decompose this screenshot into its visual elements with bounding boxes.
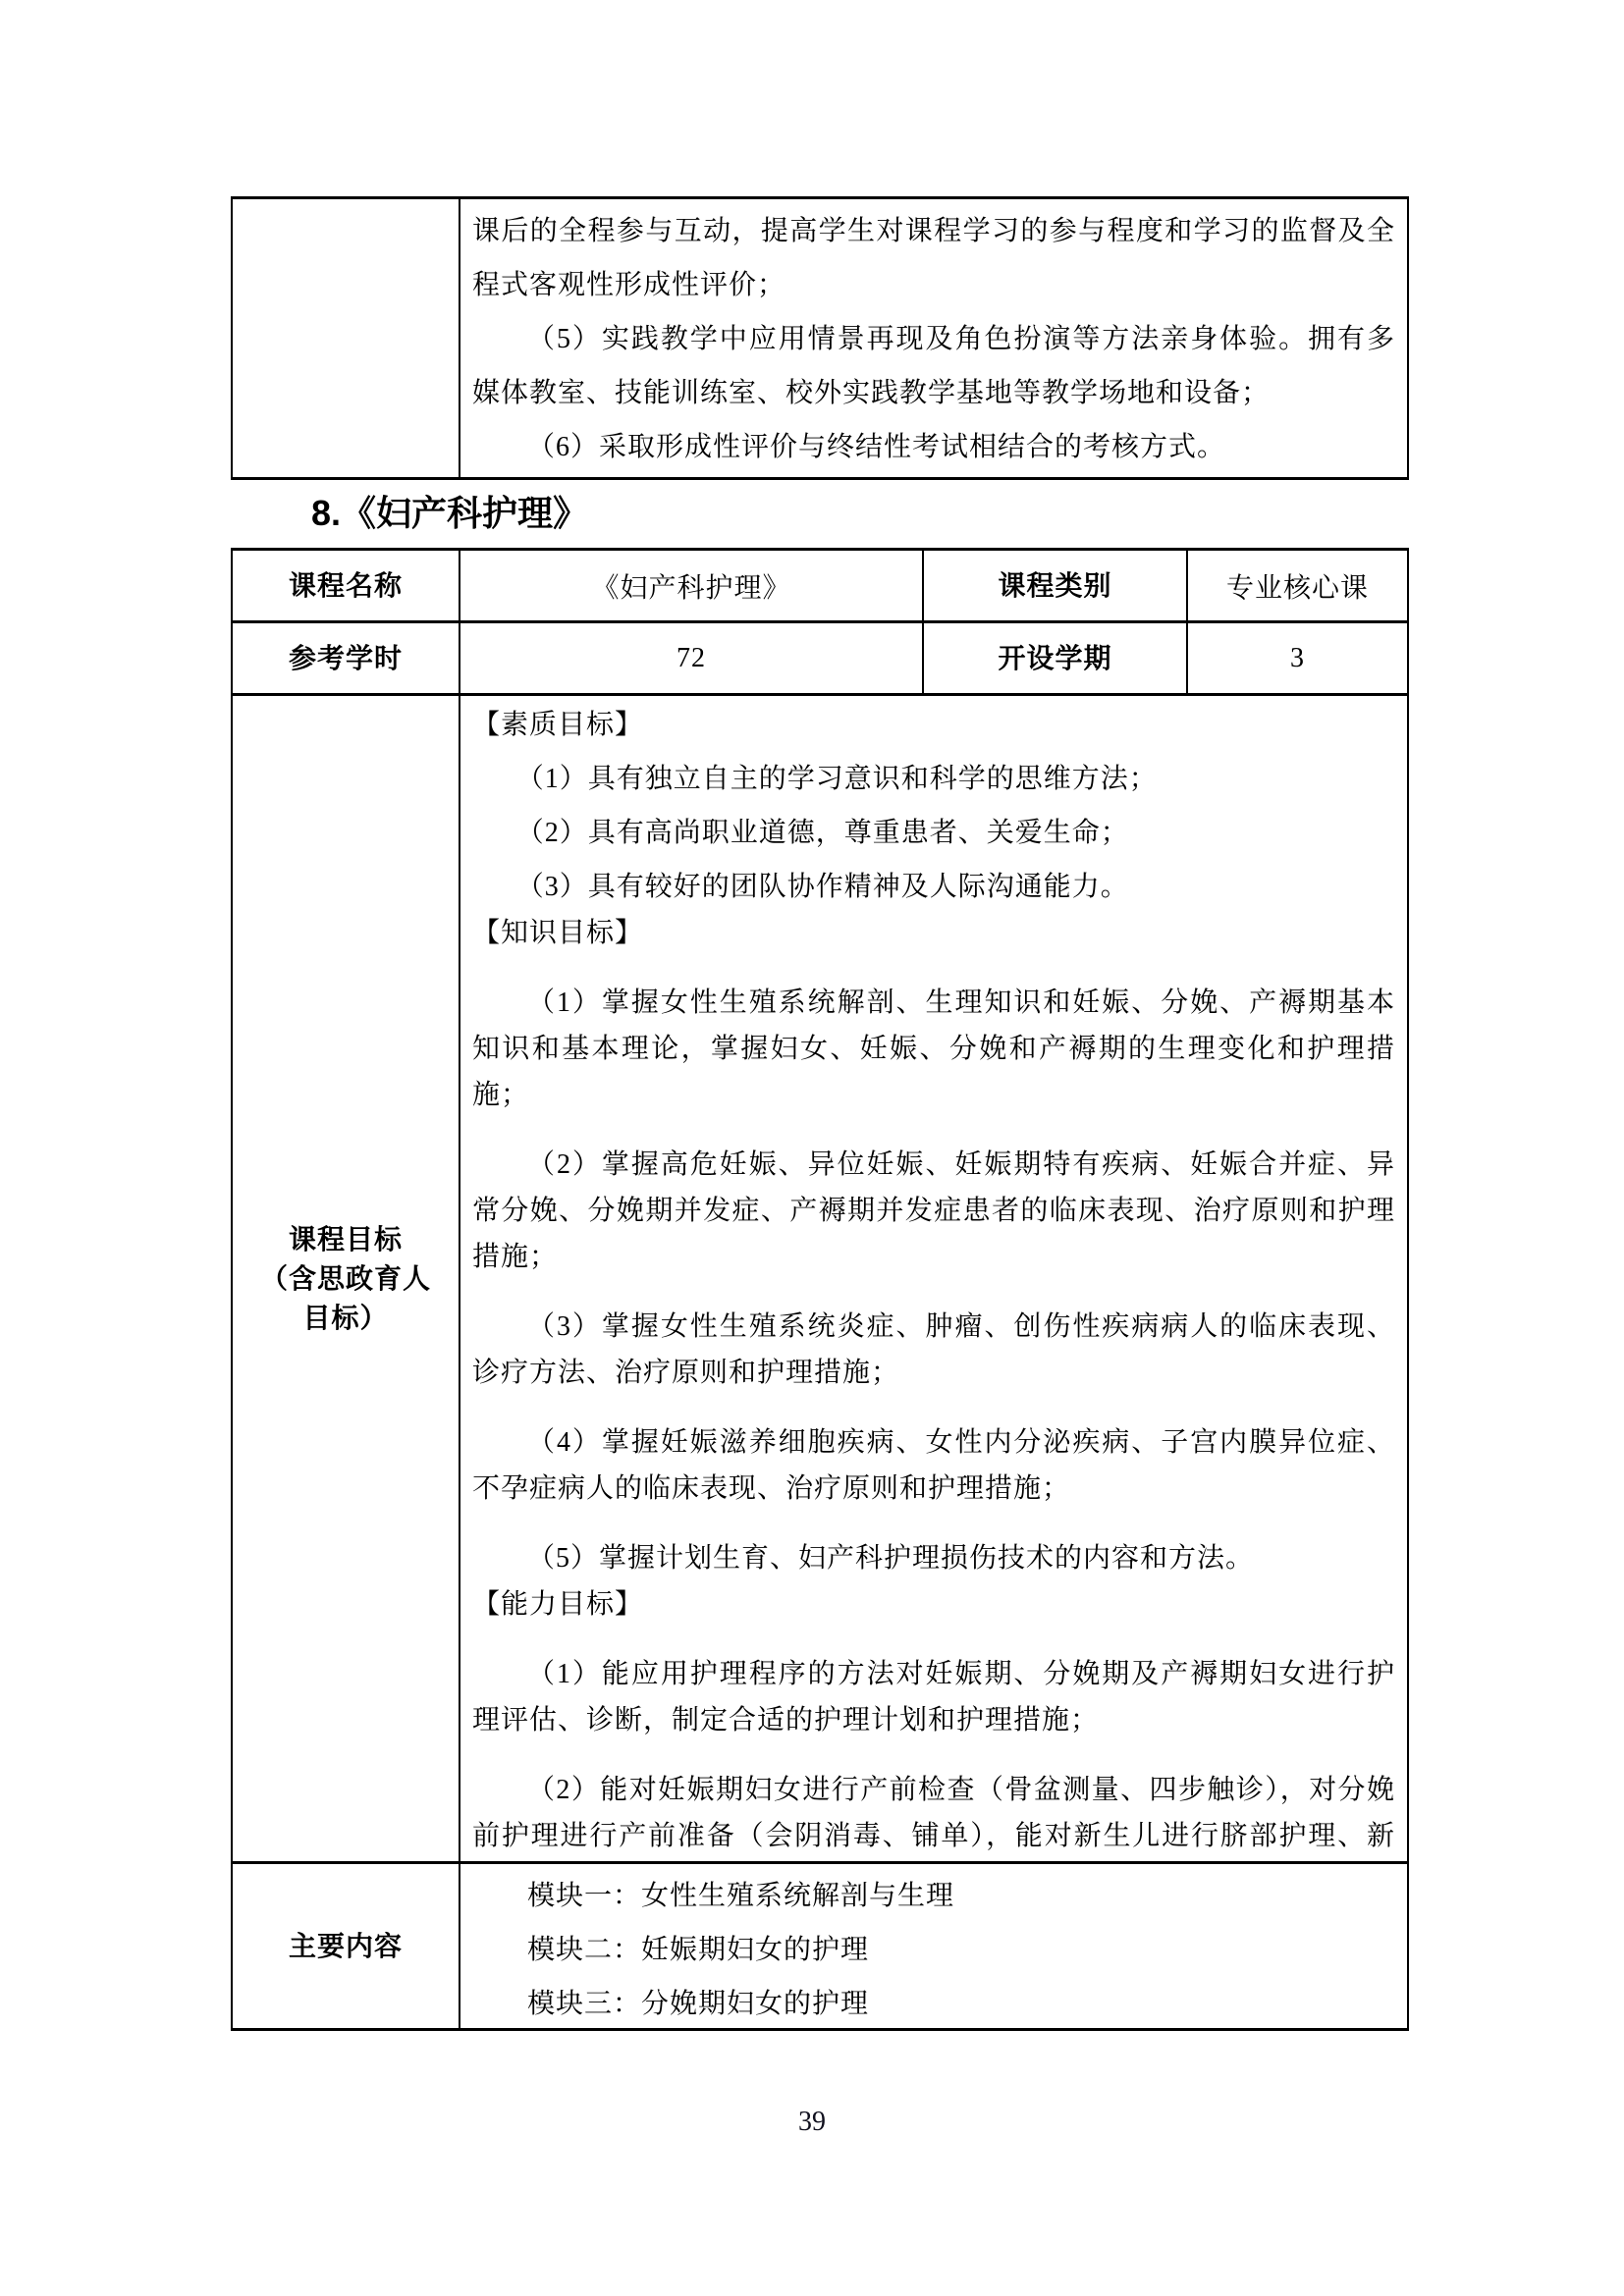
module-item: 模块三：分娩期妇女的护理 xyxy=(472,1981,1395,2027)
objective-item: （3）掌握女性生殖系统炎症、肿瘤、创伤性疾病病人的临床表现、诊疗方法、治疗原则和… xyxy=(472,1304,1395,1396)
ref-hours-value: 72 xyxy=(460,623,924,693)
prev-course-empty-label-cell xyxy=(233,199,460,477)
page-number: 39 xyxy=(0,2103,1624,2142)
objective-item: （1）能应用护理程序的方法对妊娠期、分娩期及产褥期妇女进行护理评估、诊断，制定合… xyxy=(472,1651,1395,1743)
objectives-label: 课程目标 （含思政育人 目标） xyxy=(260,1220,431,1338)
course-name-value: 《妇产科护理》 xyxy=(460,551,924,620)
main-content-cell: 模块一：女性生殖系统解剖与生理 模块二：妊娠期妇女的护理 模块三：分娩期妇女的护… xyxy=(460,1864,1407,2028)
objectives-label-line: （含思政育人 xyxy=(260,1259,431,1299)
objective-section-header: 【能力目标】 xyxy=(472,1581,1395,1628)
course-name-label: 课程名称 xyxy=(233,551,460,620)
objective-item: （2）掌握高危妊娠、异位妊娠、妊娠期特有疾病、妊娠合并症、异常分娩、分娩期并发症… xyxy=(472,1142,1395,1280)
objectives-label-line: 目标） xyxy=(260,1299,431,1338)
semester-label: 开设学期 xyxy=(924,623,1188,693)
course-table: 课程名称 《妇产科护理》 课程类别 专业核心课 参考学时 72 开设学期 3 课… xyxy=(231,548,1409,2031)
objective-section-header: 【素质目标】 xyxy=(472,702,1395,748)
course-objectives-row: 课程目标 （含思政育人 目标） 【素质目标】 （1）具有独立自主的学习意识和科学… xyxy=(233,696,1407,1864)
objective-section-header: 【知识目标】 xyxy=(472,910,1395,956)
module-item: 模块一：女性生殖系统解剖与生理 xyxy=(472,1873,1395,1919)
paragraph: 课后的全程参与互动，提高学生对课程学习的参与程度和学习的监督及全程式客观性形成性… xyxy=(472,204,1395,312)
prev-course-table: 课后的全程参与互动，提高学生对课程学习的参与程度和学习的监督及全程式客观性形成性… xyxy=(231,196,1409,480)
module-item: 模块二：妊娠期妇女的护理 xyxy=(472,1927,1395,1973)
objective-item: （2）能对妊娠期妇女进行产前检查（骨盆测量、四步触诊），对分娩前护理进行产前准备… xyxy=(472,1767,1395,1861)
document-page: 课后的全程参与互动，提高学生对课程学习的参与程度和学习的监督及全程式客观性形成性… xyxy=(0,0,1624,2296)
objective-item: （3）具有较好的团队协作精神及人际沟通能力。 xyxy=(472,864,1395,910)
objective-item: （2）具有高尚职业道德，尊重患者、关爱生命； xyxy=(472,810,1395,856)
objectives-label-cell: 课程目标 （含思政育人 目标） xyxy=(233,696,460,1861)
ref-hours-label: 参考学时 xyxy=(233,623,460,693)
objective-item: （1）具有独立自主的学习意识和科学的思维方法； xyxy=(472,756,1395,802)
main-content-label: 主要内容 xyxy=(289,1927,403,1966)
course-name-row: 课程名称 《妇产科护理》 课程类别 专业核心课 xyxy=(233,551,1407,623)
objective-item: （1）掌握女性生殖系统解剖、生理知识和妊娠、分娩、产褥期基本知识和基本理论，掌握… xyxy=(472,980,1395,1118)
objectives-label-line: 课程目标 xyxy=(260,1220,431,1259)
main-content-label-cell: 主要内容 xyxy=(233,1864,460,2028)
semester-value: 3 xyxy=(1188,623,1407,693)
course-type-label: 课程类别 xyxy=(924,551,1188,620)
paragraph: （6）采取形成性评价与终结性考试相结合的考核方式。 xyxy=(472,420,1395,474)
paragraph: （5）实践教学中应用情景再现及角色扮演等方法亲身体验。拥有多媒体教室、技能训练室… xyxy=(472,312,1395,420)
objectives-content-cell: 【素质目标】 （1）具有独立自主的学习意识和科学的思维方法； （2）具有高尚职业… xyxy=(460,696,1407,1861)
course-hours-row: 参考学时 72 开设学期 3 xyxy=(233,623,1407,696)
objective-item: （4）掌握妊娠滋养细胞疾病、女性内分泌疾病、子宫内膜异位症、不孕症病人的临床表现… xyxy=(472,1419,1395,1512)
prev-course-criteria-cell: 课后的全程参与互动，提高学生对课程学习的参与程度和学习的监督及全程式客观性形成性… xyxy=(460,199,1407,477)
objective-item: （5）掌握计划生育、妇产科护理损伤技术的内容和方法。 xyxy=(472,1535,1395,1581)
course-type-value: 专业核心课 xyxy=(1188,551,1407,620)
section-heading: 8.《妇产科护理》 xyxy=(311,488,588,539)
main-content-row: 主要内容 模块一：女性生殖系统解剖与生理 模块二：妊娠期妇女的护理 模块三：分娩… xyxy=(233,1864,1407,2028)
